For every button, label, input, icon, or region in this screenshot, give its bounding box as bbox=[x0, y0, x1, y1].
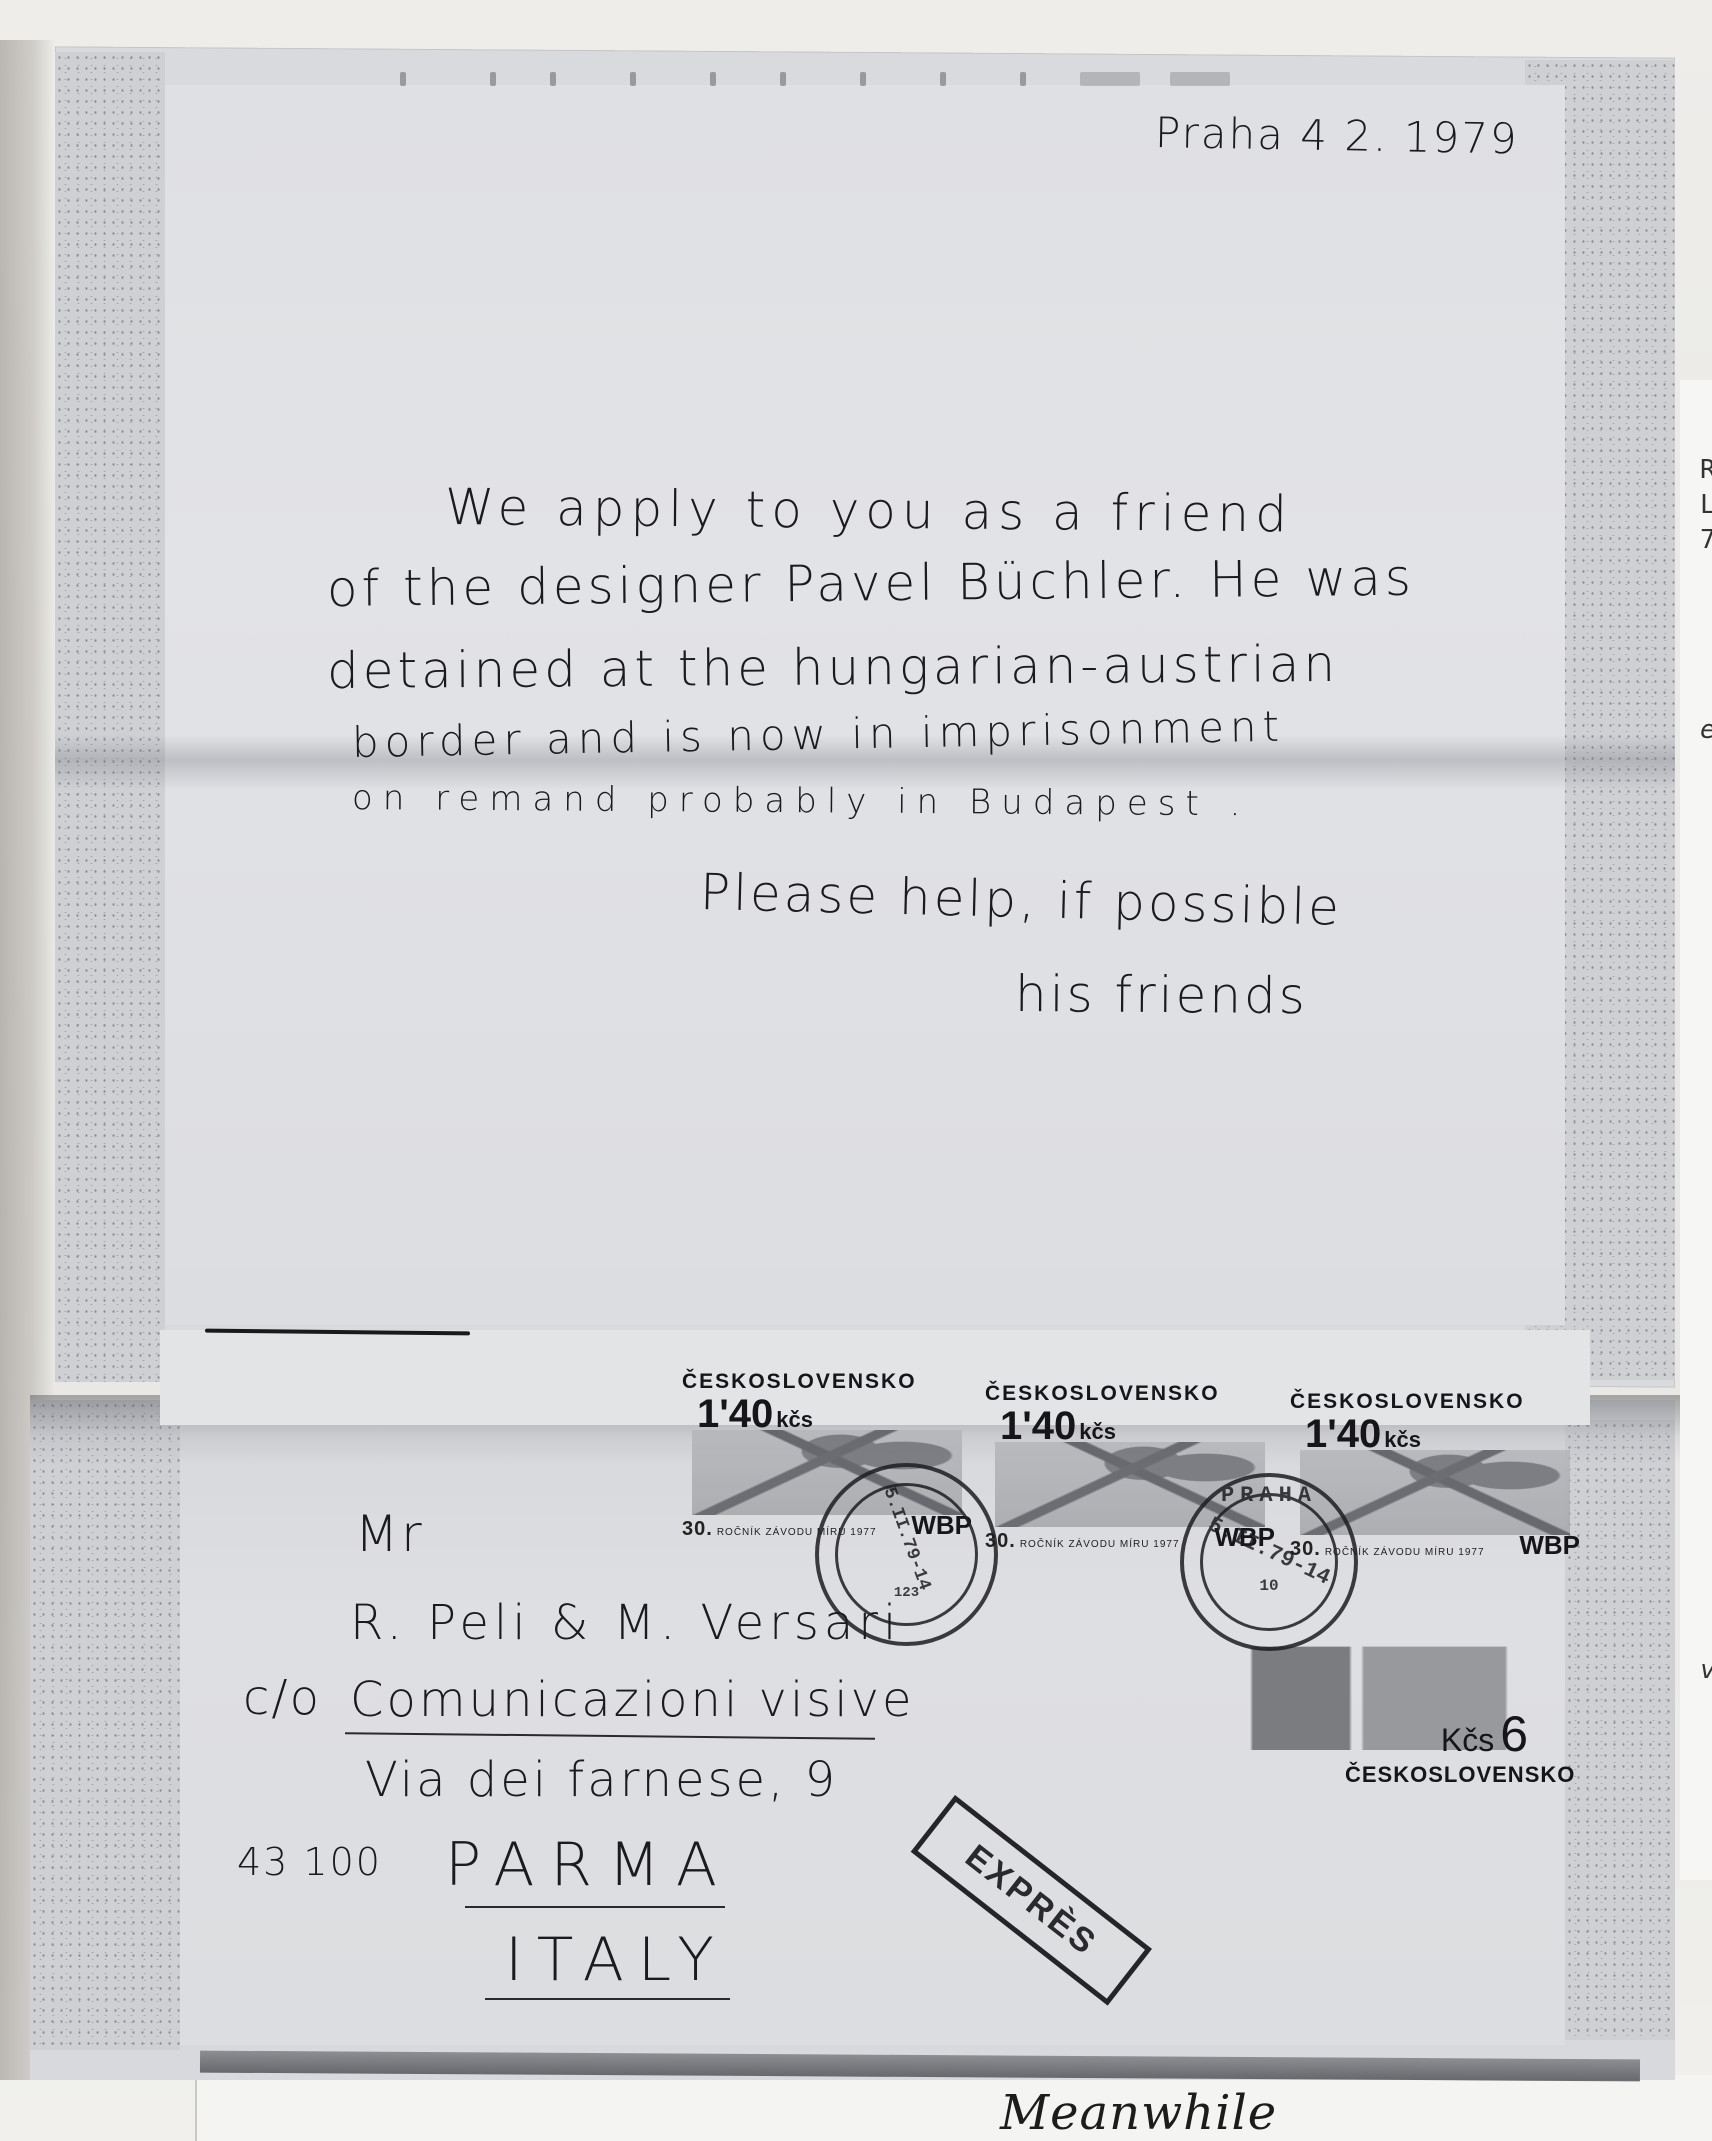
stamp-country: ČESKOSLOVENSKO bbox=[1345, 1762, 1575, 1788]
address-postal-code: 43 100 bbox=[237, 1840, 382, 1884]
underline bbox=[485, 1998, 730, 2000]
postmark-number: 10 bbox=[1184, 1577, 1354, 1595]
stamp-country: ČESKOSLOVENSKO bbox=[1290, 1390, 1525, 1414]
address-organization: Comunicazioni visive bbox=[350, 1672, 915, 1728]
stamp-mark: WBP bbox=[1519, 1530, 1580, 1561]
address-street: Via dei farnese, 9 bbox=[365, 1752, 838, 1808]
postmark-city: PRAHA bbox=[1184, 1483, 1354, 1508]
address-care-of: c/o bbox=[243, 1670, 321, 1726]
printed-edge-marks bbox=[380, 62, 1380, 92]
margin-glyph: e bbox=[1700, 715, 1712, 745]
address-left-margin bbox=[30, 1400, 180, 2050]
underline bbox=[465, 1906, 725, 1908]
letter-signature: his friends bbox=[1015, 965, 1308, 1025]
margin-glyph: v bbox=[1700, 1655, 1712, 1685]
address-salutation: Mr bbox=[355, 1505, 425, 1563]
margin-glyph: 7 bbox=[1700, 525, 1712, 555]
stamp-country: ČESKOSLOVENSKO bbox=[985, 1382, 1220, 1406]
margin-glyph: L bbox=[1700, 490, 1712, 520]
place-date: Praha 4 2. 1979 bbox=[1155, 108, 1519, 163]
stamp-value: Kčs6 bbox=[1441, 1705, 1528, 1763]
letter-line: on remand probably in Budapest . bbox=[352, 778, 1251, 824]
postmark: PRAHA 5.II.79-14 10 bbox=[1180, 1473, 1358, 1651]
address-right-margin bbox=[1565, 1420, 1675, 2040]
stamp-country: ČESKOSLOVENSKO bbox=[682, 1370, 917, 1394]
letter-writing-area bbox=[165, 85, 1565, 1325]
address-recipients: R. Peli & M. Versari bbox=[350, 1595, 901, 1651]
letter-line: detained at the hungarian-austrian bbox=[327, 635, 1339, 700]
letter-left-margin bbox=[55, 52, 165, 1382]
address-city: PARMA bbox=[445, 1830, 733, 1900]
underlying-handwritten-word: Meanwhile bbox=[1000, 2085, 1277, 2141]
margin-glyph: R bbox=[1700, 455, 1712, 485]
letter-line: of the designer Pavel Büchler. He was bbox=[327, 549, 1415, 618]
underlying-page-bottom bbox=[195, 2075, 1712, 2141]
address-country: ITALY bbox=[505, 1925, 728, 1995]
stamp-caption: 30.ROČNÍK ZÁVODU MÍRU 1977 bbox=[985, 1530, 1180, 1553]
letter-line: We apply to you as a friend bbox=[445, 478, 1293, 543]
